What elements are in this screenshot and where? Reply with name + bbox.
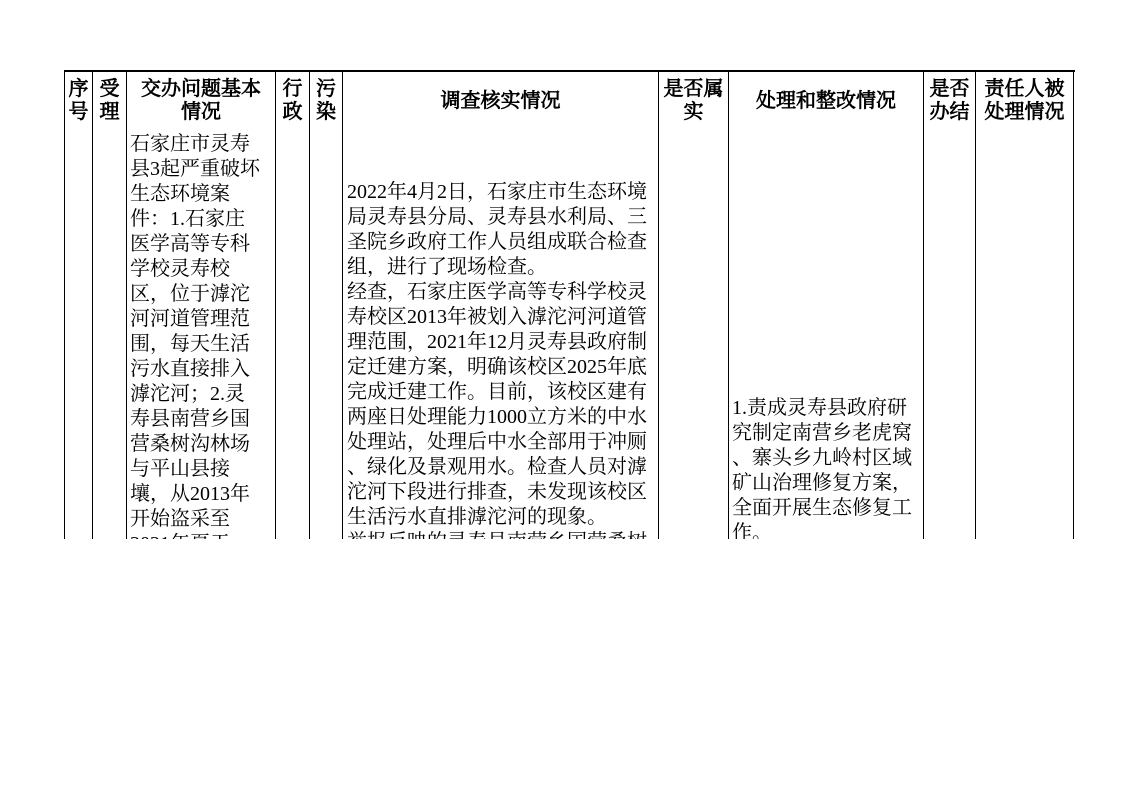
col-header-is-closed: 是否 办结: [924, 72, 975, 130]
column-accountability: 责任人被 处理情况: [976, 72, 1074, 539]
cell-investigation: 2022年4月2日，石家庄市生态环境 局灵寿县分局、灵寿县水利局、三 圣院乡政府…: [347, 180, 658, 539]
cell-rectification: 1.责成灵寿县政府研 究制定南营乡老虎窝 、寨头乡九岭村区域 矿山治理修复方案，…: [732, 396, 923, 539]
column-serial-no: 序 号: [65, 72, 93, 539]
col-header-investigation: 调查核实情况: [343, 72, 658, 130]
column-acceptance: 受 理: [93, 72, 127, 539]
column-is-closed: 是否 办结: [924, 72, 976, 539]
column-rectification: 处理和整改情况 1.责成灵寿县政府研 究制定南营乡老虎窝 、寨头乡九岭村区域 矿…: [729, 72, 924, 539]
col-header-serial-no: 序 号: [65, 72, 92, 130]
document-page: 序 号 受 理 交办问题基本 情况 石家庄市灵寿 县3起严重破坏 生态环境案 件…: [0, 0, 1122, 793]
col-header-acceptance: 受 理: [93, 72, 126, 130]
column-pollution: 污 染: [310, 72, 343, 539]
column-problem-summary: 交办问题基本 情况 石家庄市灵寿 县3起严重破坏 生态环境案 件：1.石家庄 医…: [127, 72, 276, 539]
column-administrative: 行 政: [276, 72, 310, 539]
column-is-verified: 是否属 实: [659, 72, 729, 539]
column-investigation: 调查核实情况 2022年4月2日，石家庄市生态环境 局灵寿县分局、灵寿县水利局、…: [343, 72, 659, 539]
issues-table: 序 号 受 理 交办问题基本 情况 石家庄市灵寿 县3起严重破坏 生态环境案 件…: [64, 70, 1075, 539]
col-header-rectification: 处理和整改情况: [729, 72, 923, 130]
col-header-administrative: 行 政: [276, 72, 309, 130]
col-header-problem-summary: 交办问题基本 情况: [127, 72, 275, 130]
cell-problem-summary: 石家庄市灵寿 县3起严重破坏 生态环境案 件：1.石家庄 医学高等专科 学校灵寿…: [130, 132, 275, 539]
col-header-is-verified: 是否属 实: [659, 72, 728, 130]
col-header-accountability: 责任人被 处理情况: [976, 72, 1073, 130]
col-header-pollution: 污 染: [310, 72, 342, 130]
